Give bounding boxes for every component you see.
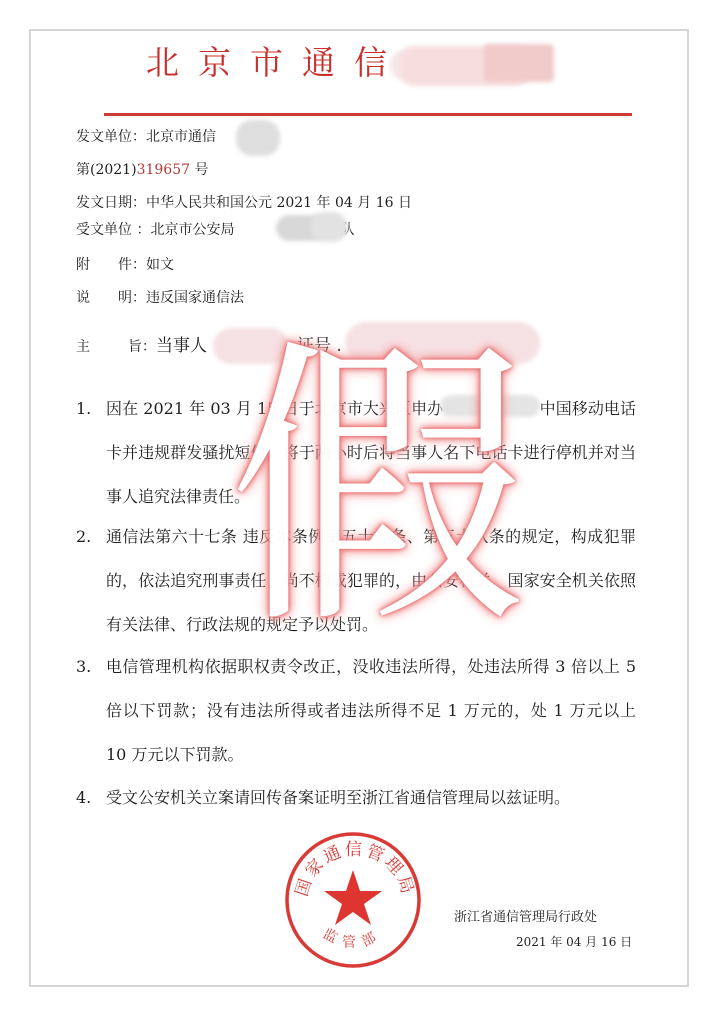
- header-divider: [104, 113, 632, 116]
- clause-number: 2.: [76, 515, 106, 559]
- sender-value: 北京市通信: [146, 129, 216, 145]
- redaction-blur: [484, 44, 554, 82]
- sender-label: 发文单位：: [76, 129, 146, 145]
- seal-stamp-icon: 国家通信管理局 监管部: [281, 830, 425, 970]
- note-label-b: 明：: [118, 290, 146, 306]
- attachment-label-a: 附: [76, 257, 90, 273]
- clause-number: 1.: [76, 387, 106, 431]
- signing-date: 2021 年 04 月 16 日: [516, 933, 632, 950]
- note-row: 说明：违反国家通信法: [76, 291, 244, 305]
- subject-party-label: 当事人: [156, 336, 207, 356]
- signing-organization: 浙江省通信管理局行政处: [454, 906, 597, 925]
- note-value: 违反国家通信法: [146, 290, 244, 306]
- attachment-label-b: 件：: [118, 257, 146, 273]
- redaction-blur: [310, 212, 348, 242]
- note-label-a: 说: [76, 290, 90, 306]
- attachment-value: 如文: [146, 257, 174, 273]
- recipient-value-start: 北京市公安局: [150, 222, 234, 238]
- clause-item: 3. 电信管理机构依据职权责令改正，没收违法所得，处违法所得 3 倍以上 5 倍…: [76, 645, 636, 777]
- sender-row: 发文单位：北京市通信: [76, 130, 216, 144]
- clause-item: 4. 受文公安机关立案请回传备案证明至浙江省通信管理局以兹证明。: [76, 776, 636, 820]
- doc-number-prefix: 第(2021): [76, 162, 137, 178]
- document-title: 北京市通信: [146, 46, 406, 79]
- redaction-blur: [236, 120, 280, 156]
- attachment-row: 附件：如文: [76, 258, 174, 272]
- doc-number: 319657: [137, 162, 190, 178]
- fake-watermark: 假: [228, 340, 528, 640]
- issue-date-row: 发文日期：中华人民共和国公元 2021 年 04 月 16 日: [76, 196, 412, 210]
- seal-bottom-text: 监管部: [320, 925, 386, 951]
- issue-date-label: 发文日期：: [76, 195, 146, 211]
- subject-label-a: 主: [76, 339, 90, 355]
- recipient-label: 受文单位 ：: [76, 222, 150, 238]
- issue-date-value: 中华人民共和国公元 2021 年 04 月 16 日: [146, 195, 412, 211]
- clause-number: 3.: [76, 645, 106, 689]
- seal-star-icon: [324, 870, 382, 925]
- clause-text: 电信管理机构依据职权责令改正，没收违法所得，处违法所得 3 倍以上 5 倍以下罚…: [76, 645, 636, 777]
- doc-number-suffix: 号: [194, 162, 208, 178]
- doc-number-row: 第(2021)319657 号: [76, 163, 208, 177]
- official-seal: 国家通信管理局 监管部: [281, 830, 425, 970]
- subject-label-b: 旨：: [128, 339, 156, 355]
- clause-text: 受文公安机关立案请回传备案证明至浙江省通信管理局以兹证明。: [76, 776, 636, 820]
- clause-number: 4.: [76, 776, 106, 820]
- svg-text:监管部: 监管部: [320, 925, 386, 951]
